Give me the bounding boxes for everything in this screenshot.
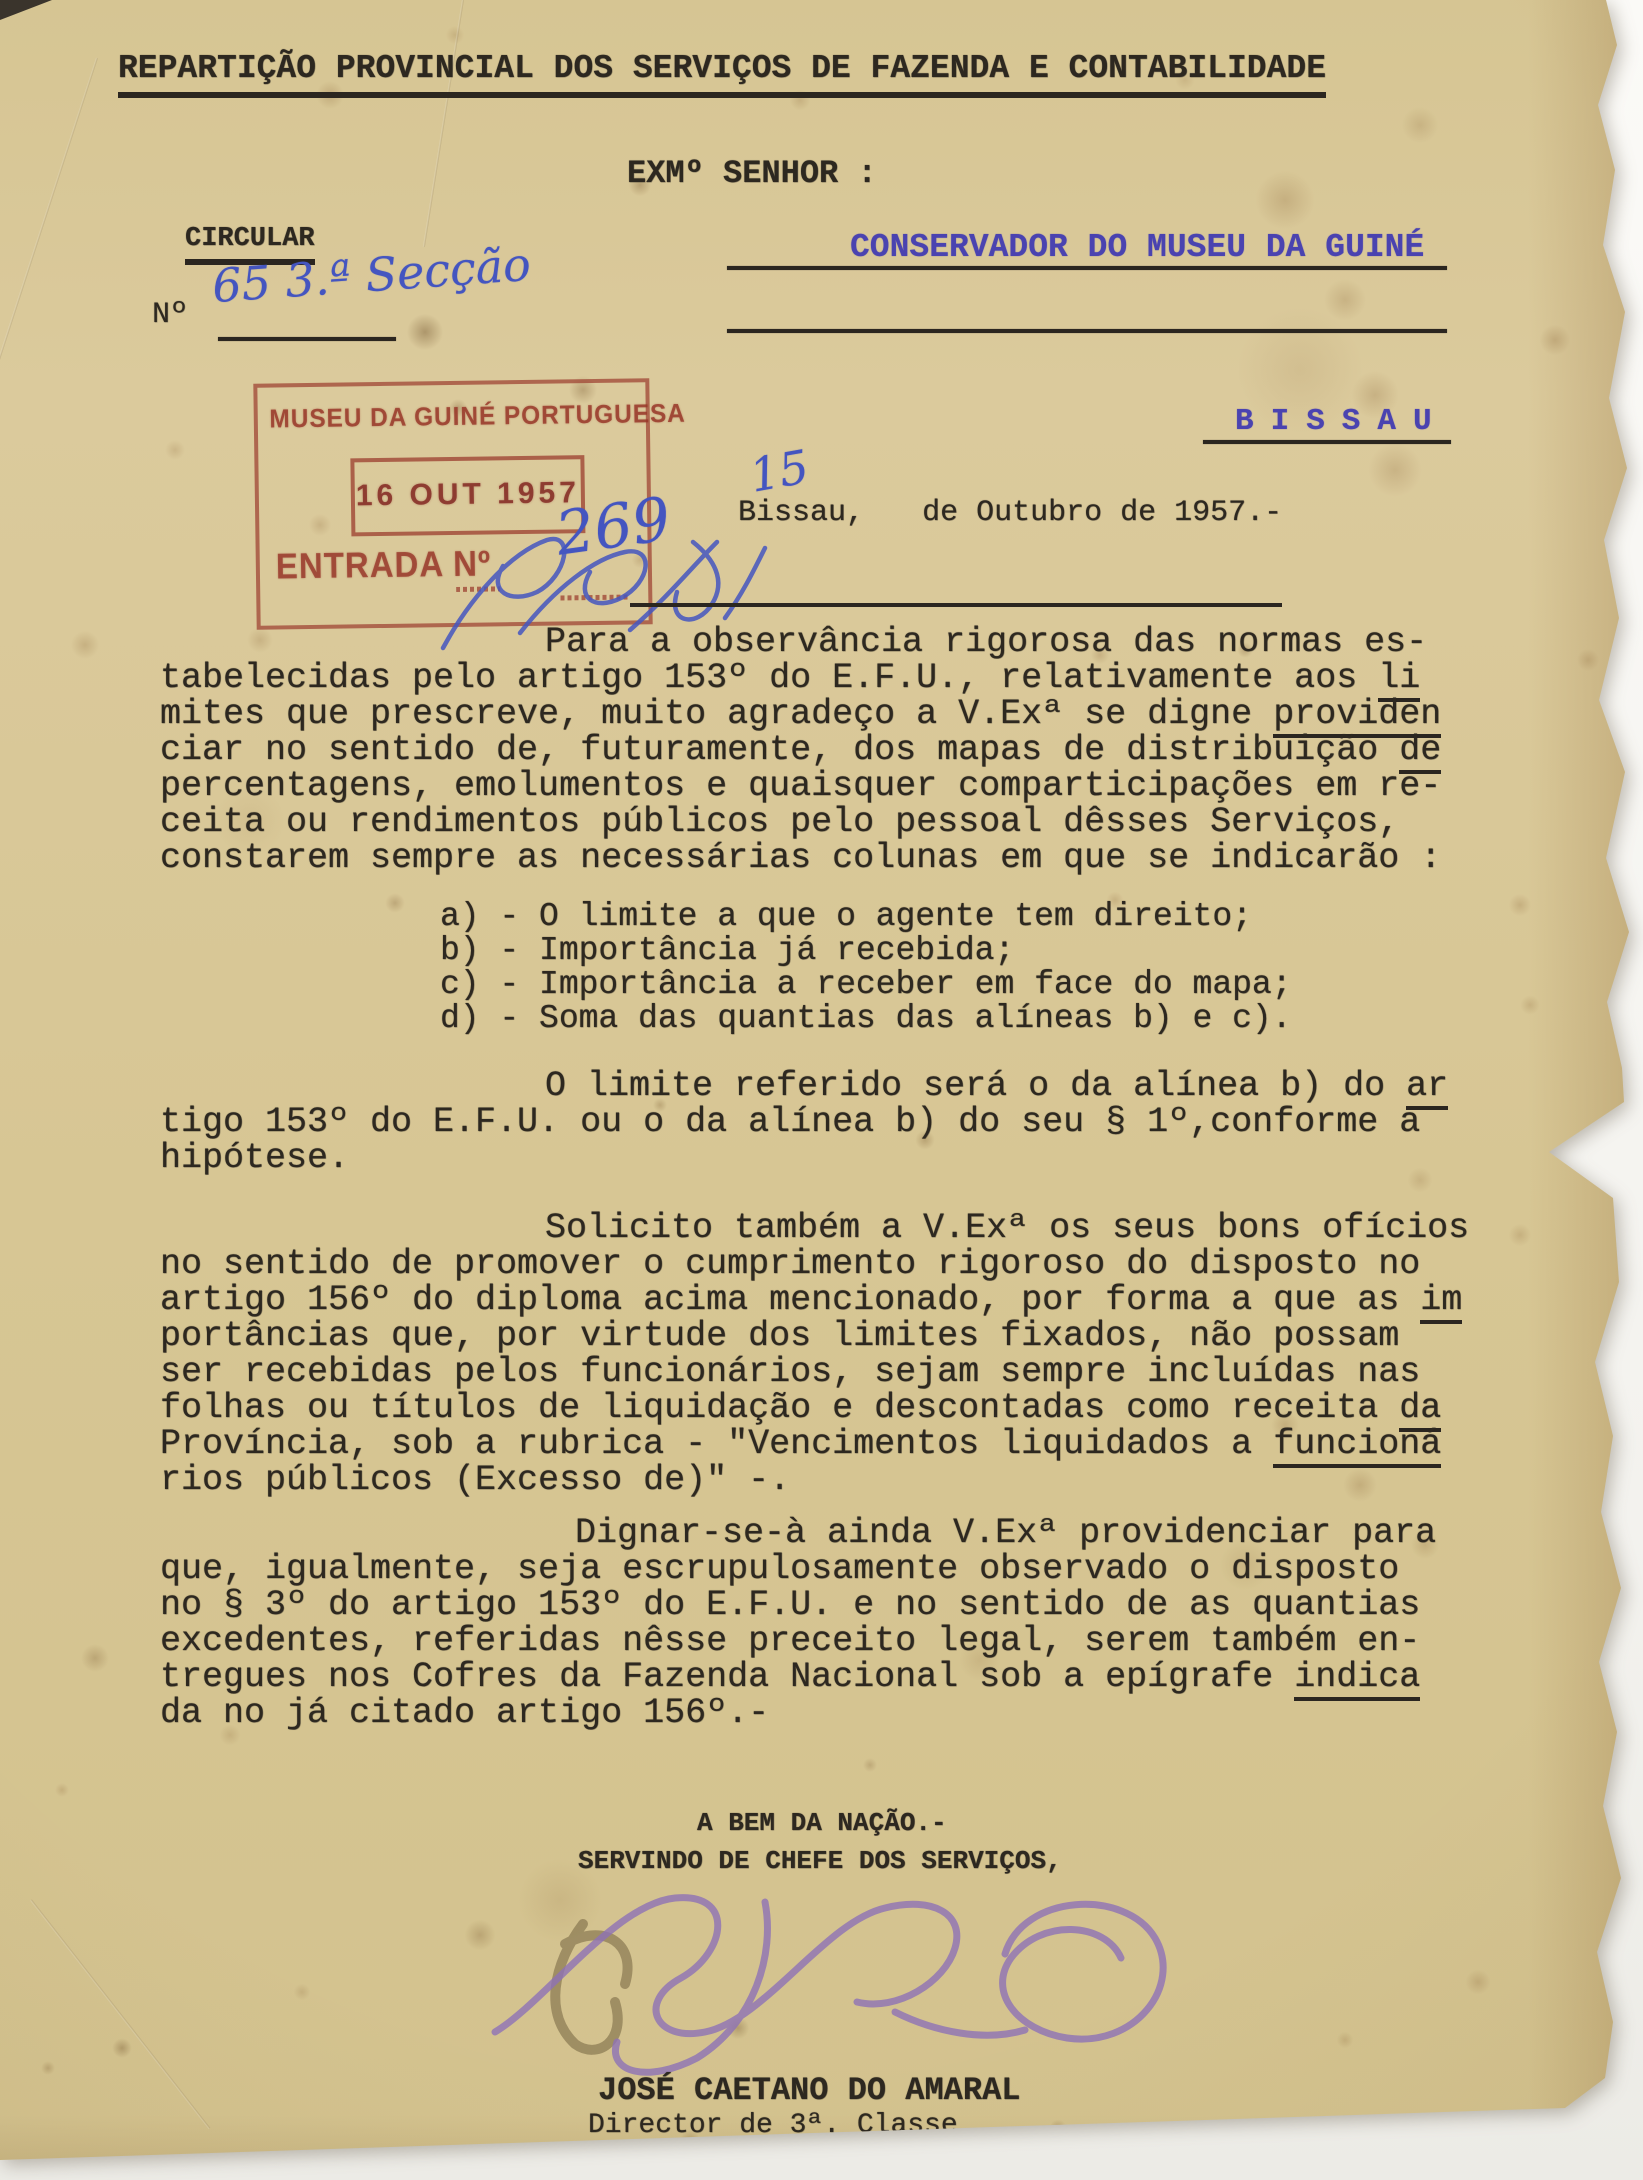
handwritten-day: 15 (746, 439, 813, 502)
paper-crease (423, 0, 464, 247)
typed-line: constarem sempre as necessárias colunas … (160, 840, 1500, 876)
circular-number-underline (218, 337, 396, 341)
entry-stamp-hatch (456, 586, 500, 592)
typed-line: no § 3º do artigo 153º do E.F.U. e no se… (160, 1587, 1500, 1623)
entry-stamp-date-box: 16 OUT 1957 (350, 455, 585, 536)
addressee-underline (727, 266, 1447, 270)
typed-line: que, igualmente, seja escrupulosamente o… (160, 1551, 1500, 1587)
list-item: c) - Importância a receber em face do ma… (440, 968, 1292, 1002)
typed-line: artigo 156º do diploma acima mencionado,… (160, 1282, 1500, 1318)
typed-line: ser recebidas pelos funcionários, sejam … (160, 1354, 1500, 1390)
signatory-name: JOSÉ CAETANO DO AMARAL (598, 2072, 1020, 2109)
blank-underline (727, 329, 1447, 333)
paper-crease (30, 1899, 210, 2129)
typed-line: percentagens, emolumentos e quaisquer co… (160, 768, 1500, 804)
body-paragraph: Solicito também a V.Exª os seus bons ofí… (160, 1210, 1500, 1498)
typed-line: tigo 153º do E.F.U. ou o da alínea b) do… (160, 1104, 1500, 1140)
typed-line: no sentido de promover o cumprimento rig… (160, 1246, 1500, 1282)
city-underline (1203, 440, 1451, 444)
scanned-letter-page: { "letterhead": { "title": "REPARTIÇÃO P… (0, 0, 1643, 2180)
typed-line: excedentes, referidas nêsse preceito leg… (160, 1623, 1500, 1659)
salutation: EXMº SENHOR : (627, 155, 877, 192)
signatory-role: Director de 3ª. Classe (588, 2110, 958, 2141)
typed-line: folhas ou títulos de liquidação e descon… (160, 1390, 1500, 1426)
dateline-rest: de Outubro de 1957.- (922, 496, 1282, 530)
typed-line: ceita ou rendimentos públicos pelo pesso… (160, 804, 1500, 840)
dateline: Bissau,de Outubro de 1957.- 15 (630, 462, 1282, 607)
circular-number-prefix: Nº (152, 298, 188, 332)
letterhead-title: REPARTIÇÃO PROVINCIAL DOS SERVIÇOS DE FA… (118, 50, 1326, 98)
typed-line: ciar no sentido de, futuramente, dos map… (160, 732, 1500, 768)
typed-line: tregues nos Cofres da Fazenda Nacional s… (160, 1659, 1500, 1695)
entry-stamp-date: 16 OUT 1957 (354, 459, 581, 530)
list-item: a) - O limite a que o agente tem direito… (440, 900, 1292, 934)
typed-line: Dignar-se-à ainda V.Exª providenciar par… (160, 1515, 1500, 1551)
body-paragraph: Para a observância rigorosa das normas e… (160, 624, 1500, 876)
list-item: d) - Soma das quantias das alíneas b) e … (440, 1002, 1292, 1036)
addressee-stamp-text: CONSERVADOR DO MUSEU DA GUINÉ (850, 229, 1424, 266)
city-stamp-text: BISSAU (1235, 404, 1449, 439)
body-paragraph: Dignar-se-à ainda V.Exª providenciar par… (160, 1515, 1500, 1731)
typed-line: tabelecidas pelo artigo 153º do E.F.U., … (160, 660, 1500, 696)
signature-scribble (465, 1862, 1205, 2092)
list-item: b) - Importância já recebida; (440, 934, 1292, 968)
scan-corner-artifact (0, 0, 52, 20)
typed-line: Província, sob a rubrica - "Vencimentos … (160, 1426, 1500, 1462)
closing-acting-line: SERVINDO DE CHEFE DOS SERVIÇOS, (578, 1846, 1062, 1876)
typed-line: Para a observância rigorosa das normas e… (160, 624, 1500, 660)
closing-motto: A BEM DA NAÇÃO.- (697, 1808, 947, 1838)
entry-stamp-org: MUSEU DA GUINÉ PORTUGUESA (269, 398, 634, 434)
document-paper: REPARTIÇÃO PROVINCIAL DOS SERVIÇOS DE FA… (0, 0, 1643, 2180)
typed-line: Solicito também a V.Exª os seus bons ofí… (160, 1210, 1500, 1246)
paper-crease (0, 58, 98, 753)
typed-line: O limite referido será o da alínea b) do… (160, 1068, 1500, 1104)
entry-stamp-label: ENTRADA Nº (276, 542, 492, 587)
typed-line: portâncias que, por virtude dos limites … (160, 1318, 1500, 1354)
entry-stamp-hatch (560, 595, 630, 601)
paper-shadow: REPARTIÇÃO PROVINCIAL DOS SERVIÇOS DE FA… (0, 0, 1643, 2180)
typed-line: mites que prescreve, muito agradeço a V.… (160, 696, 1500, 732)
item-list: a) - O limite a que o agente tem direito… (440, 900, 1292, 1036)
typed-line: hipótese. (160, 1140, 1500, 1176)
body-paragraph: O limite referido será o da alínea b) do… (160, 1068, 1500, 1176)
